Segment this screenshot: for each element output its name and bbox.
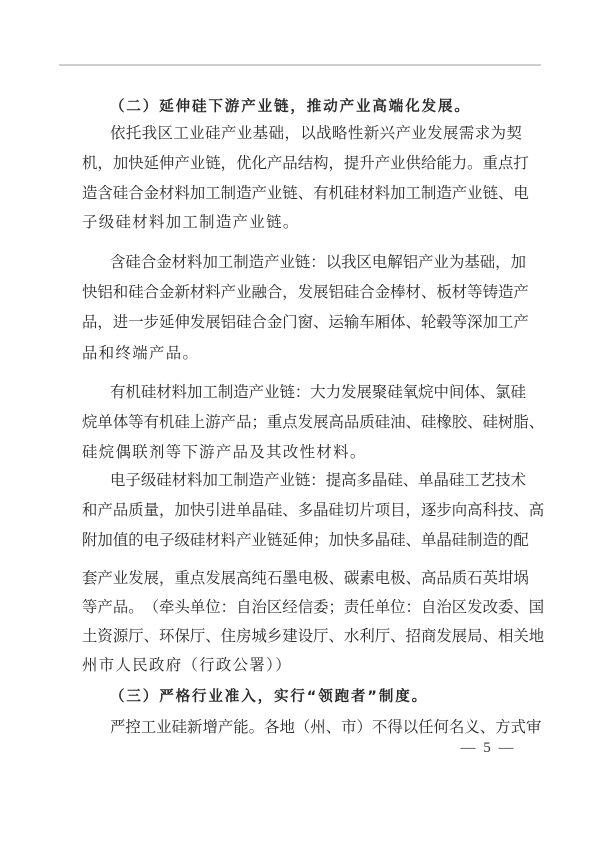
text-line: 等产品。（牵头单位：自治区经信委；责任单位：自治区发改委、国 [82,597,522,617]
text-line: 造含硅合金材料加工制造产业链、有机硅材料加工制造产业链、电 [82,183,522,203]
text-line: 州市人民政府（行政公署）） [82,655,522,675]
text-line: 电子级硅材料加工制造产业链：提高多晶硅、单晶硅工艺技术 [110,470,522,490]
page-number: — 5 — [458,739,518,757]
section-heading: （三）严格行业准入，实行“领跑者”制度。 [110,687,522,707]
text-line: 快铝和硅合金新材料产业融合，发展铝硅合金棒材、板材等铸造产 [82,282,522,302]
text-line: 依托我区工业硅产业基础，以战略性新兴产业发展需求为契 [110,123,522,143]
text-line: 有机硅材料加工制造产业链：大力发展聚硅氧烷中间体、氯硅 [110,382,522,402]
header-rule [59,64,541,66]
text-line: 严控工业硅新增产能。各地（州、市）不得以任何名义、方式审 [110,717,522,737]
text-line: 套产业发展，重点发展高纯石墨电极、碳素电极、高品质石英坩埚 [82,568,522,588]
text-line: 机，加快延伸产业链，优化产品结构，提升产业供给能力。重点打 [82,153,522,173]
text-line: 土资源厅、环保厅、住房城乡建设厅、水利厅、招商发展局、相关地 [82,626,522,646]
text-line: 品，进一步延伸发展铝硅合金门窗、运输车厢体、轮毂等深加工产 [82,312,522,332]
text-line: 烷单体等有机硅上游产品；重点发展高品质硅油、硅橡胶、硅树脂、 [82,412,522,432]
section-heading: （二）延伸硅下游产业链，推动产业高端化发展。 [110,97,522,117]
text-line: 硅烷偶联剂等下游产品及其改性材料。 [82,442,522,462]
text-line: 附加值的电子级硅材料产业链延伸；加快多晶硅、单晶硅制造的配 [82,530,522,550]
text-line: 品和终端产品。 [82,343,522,363]
text-line: 含硅合金材料加工制造产业链：以我区电解铝产业为基础，加 [110,252,522,272]
text-line: 和产品质量，加快引进单晶硅、多晶硅切片项目，逐步向高科技、高 [82,500,522,520]
text-line: 子级硅材料加工制造产业链。 [82,212,522,232]
